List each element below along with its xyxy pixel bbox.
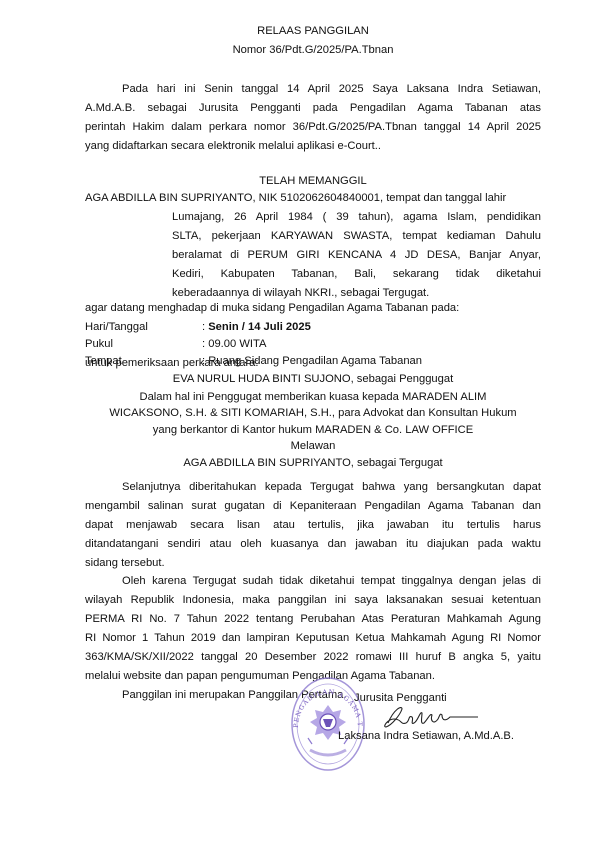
case-number: Nomor 36/Pdt.G/2025/PA.Tbnan xyxy=(85,44,541,56)
handwritten-signature-icon xyxy=(380,703,480,729)
document-title: RELAAS PANGGILAN xyxy=(85,25,541,37)
court-seal-stamp-icon: PENGADILAN AGAMA TABANAN xyxy=(288,672,368,774)
defendant-first-line: AGA ABDILLA BIN SUPRIYANTO, NIK 51020626… xyxy=(85,189,541,208)
signatory-name: Laksana Indra Setiawan, A.Md.A.B. xyxy=(338,730,514,742)
hearing-intro: agar datang menghadap di muka sidang Pen… xyxy=(85,299,541,318)
summon-heading: TELAH MEMANGGIL xyxy=(85,175,541,187)
hearing-date: Senin / 14 Juli 2025 xyxy=(208,321,311,333)
